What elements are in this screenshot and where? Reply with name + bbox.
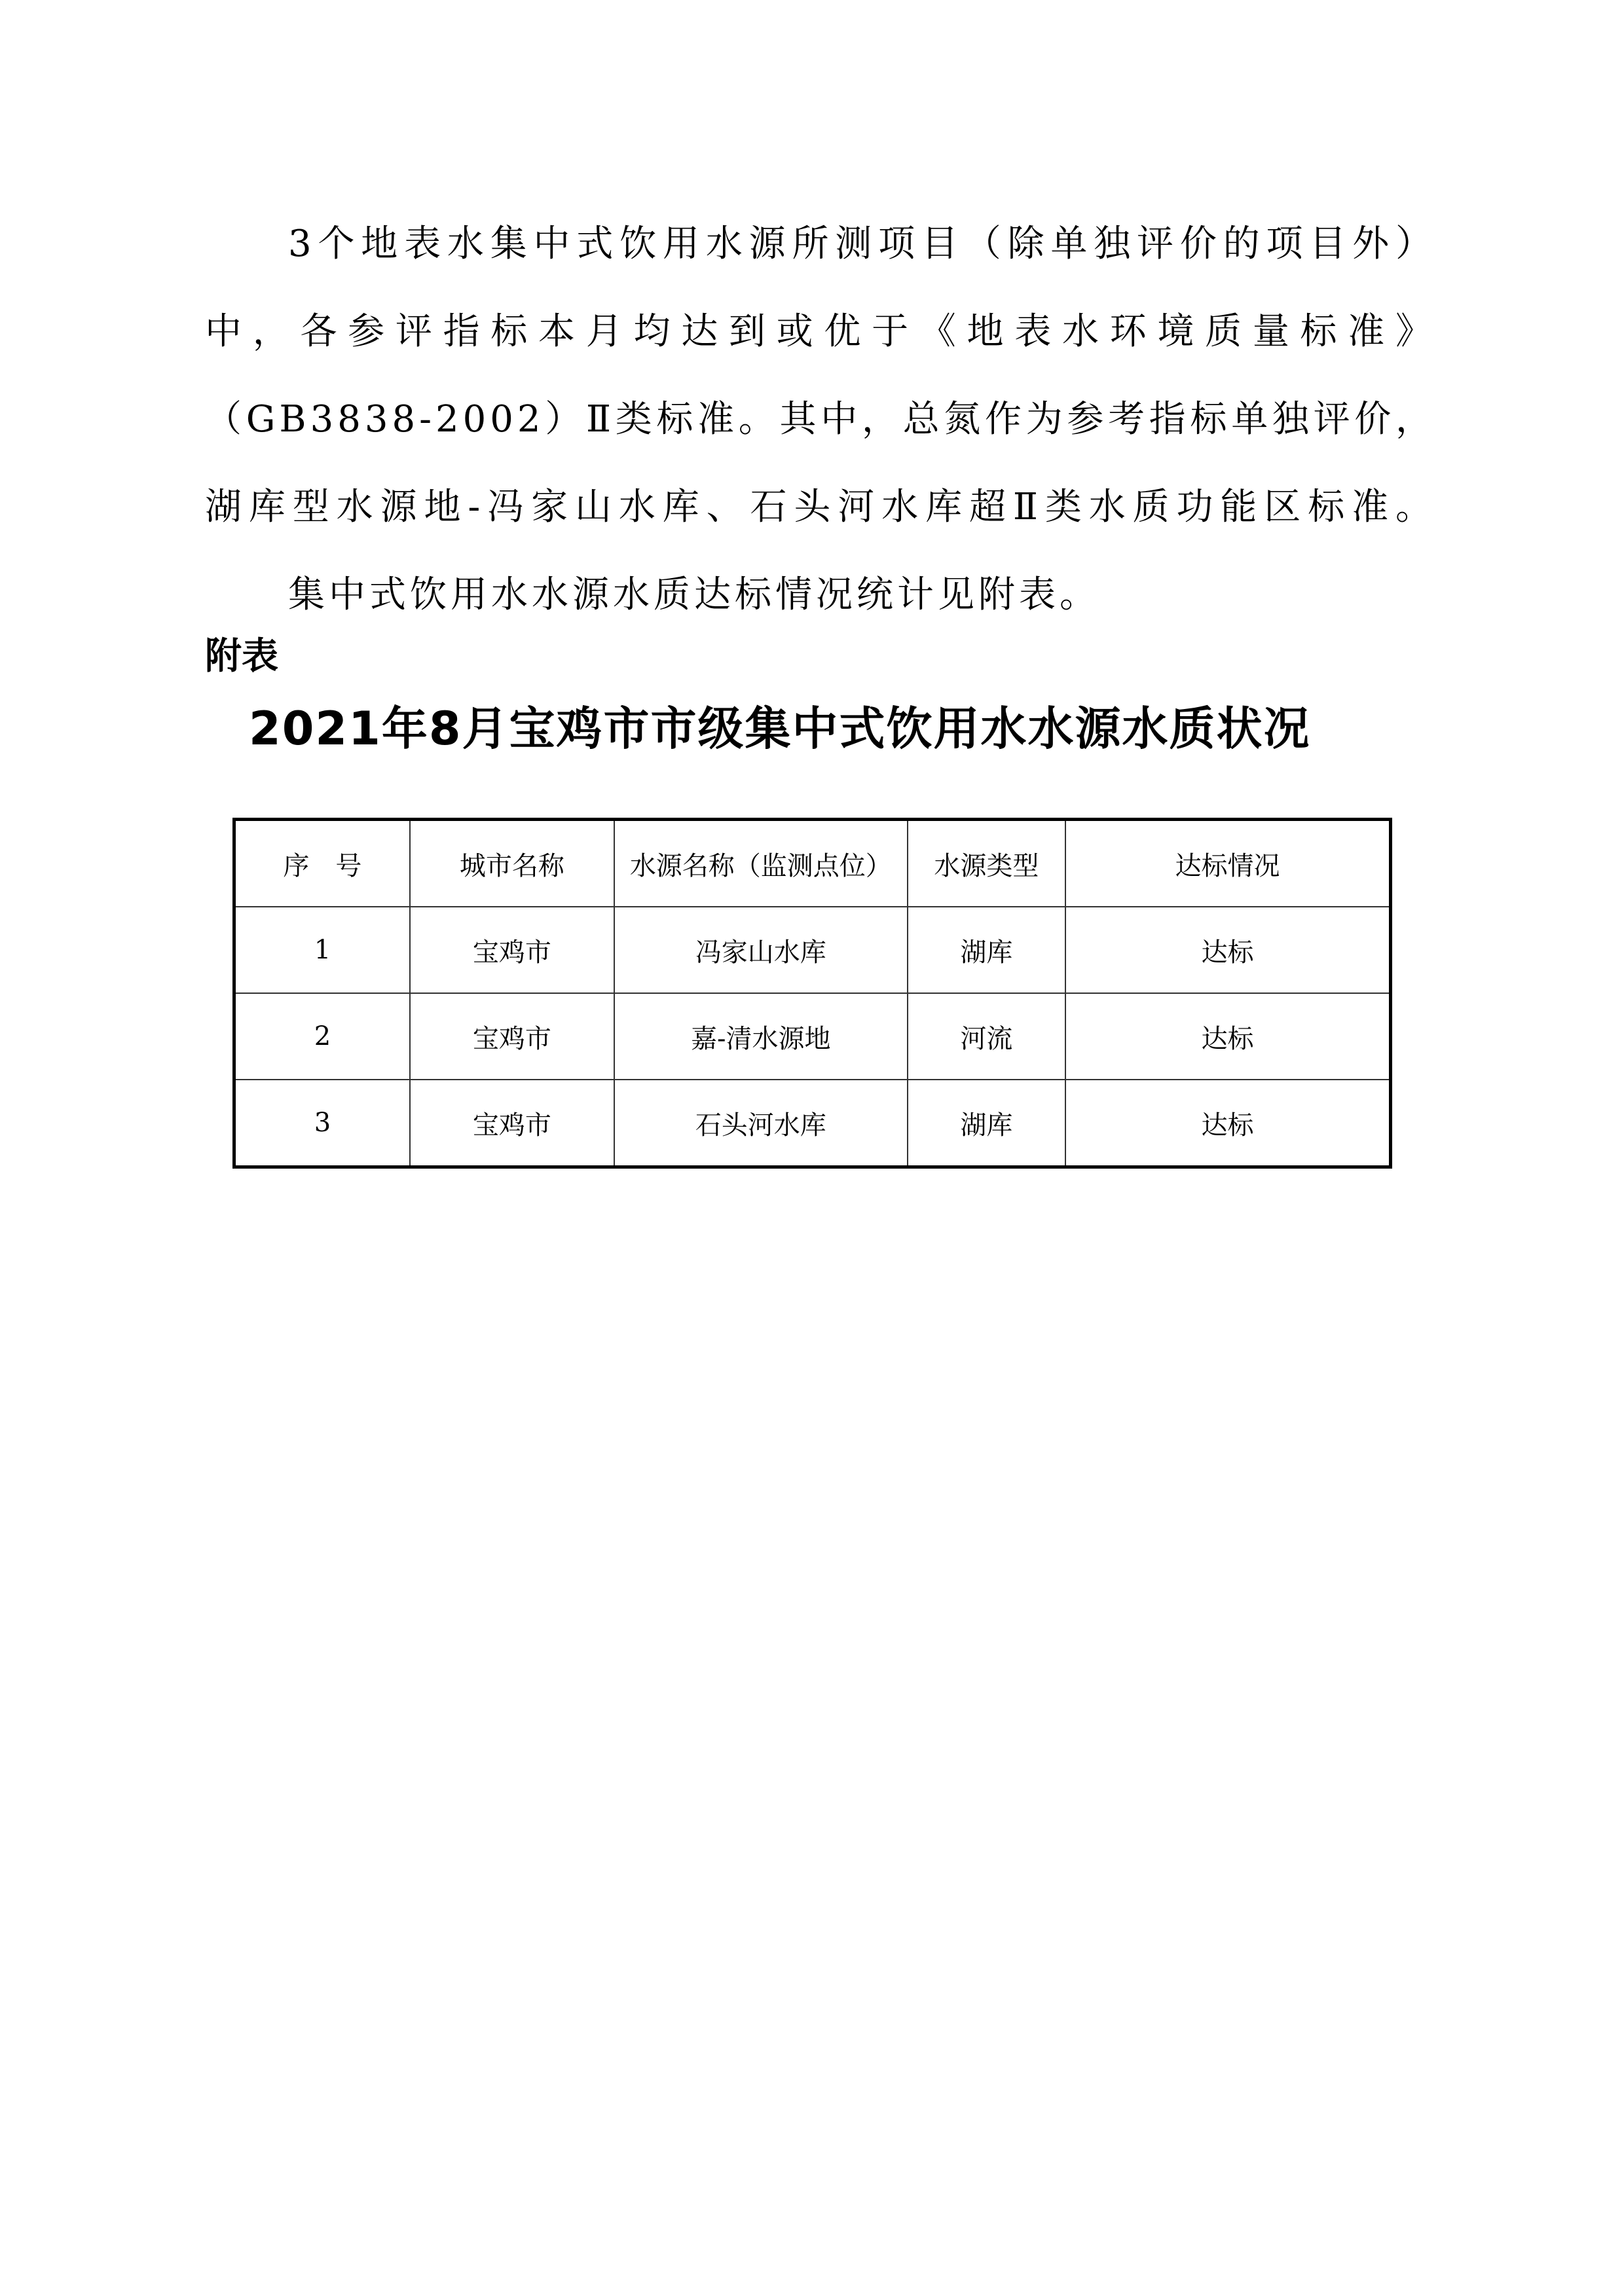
cell-index: 3: [234, 1080, 410, 1167]
cell-source-name: 冯家山水库: [614, 907, 908, 993]
cell-source-type: 河流: [908, 993, 1065, 1080]
header-source-type: 水源类型: [908, 820, 1065, 907]
cell-source-name: 石头河水库: [614, 1080, 908, 1167]
cell-source-type: 湖库: [908, 1080, 1065, 1167]
text-line: 湖库型水源地-冯家山水库、石头河水库超Ⅱ类水质功能区标准。: [205, 464, 1436, 551]
appendix-label: 附表: [205, 634, 278, 680]
cell-compliance: 达标: [1065, 1080, 1391, 1167]
paragraph-see-appendix: 集中式饮用水水源水质达标情况统计见附表。: [205, 551, 1436, 639]
table-row: 1 宝鸡市 冯家山水库 湖库 达标: [234, 907, 1391, 993]
cell-source-type: 湖库: [908, 907, 1065, 993]
cell-index: 2: [234, 993, 410, 1080]
cell-compliance: 达标: [1065, 993, 1391, 1080]
water-quality-table: 序 号 城市名称 水源名称（监测点位） 水源类型 达标情况 1 宝鸡市 冯家山水…: [232, 818, 1392, 1169]
header-city: 城市名称: [410, 820, 614, 907]
cell-city: 宝鸡市: [410, 907, 614, 993]
cell-city: 宝鸡市: [410, 993, 614, 1080]
header-index: 序 号: [234, 820, 410, 907]
table-row: 3 宝鸡市 石头河水库 湖库 达标: [234, 1080, 1391, 1167]
table-header-row: 序 号 城市名称 水源名称（监测点位） 水源类型 达标情况: [234, 820, 1391, 907]
text-line: （GB3838-2002）Ⅱ类标准。其中，总氮作为参考指标单独评价，: [205, 376, 1436, 464]
cell-city: 宝鸡市: [410, 1080, 614, 1167]
paragraph-summary: 3个地表水集中式饮用水源所测项目（除单独评价的项目外） 中，各参评指标本月均达到…: [205, 200, 1436, 639]
table-row: 2 宝鸡市 嘉-清水源地 河流 达标: [234, 993, 1391, 1080]
cell-source-name: 嘉-清水源地: [614, 993, 908, 1080]
cell-index: 1: [234, 907, 410, 993]
cell-compliance: 达标: [1065, 907, 1391, 993]
table-title: 2021年8月宝鸡市市级集中式饮用水水源水质状况: [249, 699, 1388, 758]
header-source-name: 水源名称（监测点位）: [614, 820, 908, 907]
header-compliance: 达标情况: [1065, 820, 1391, 907]
text-line: 3个地表水集中式饮用水源所测项目（除单独评价的项目外）: [205, 200, 1436, 288]
text-line: 中，各参评指标本月均达到或优于《地表水环境质量标准》: [205, 288, 1436, 376]
